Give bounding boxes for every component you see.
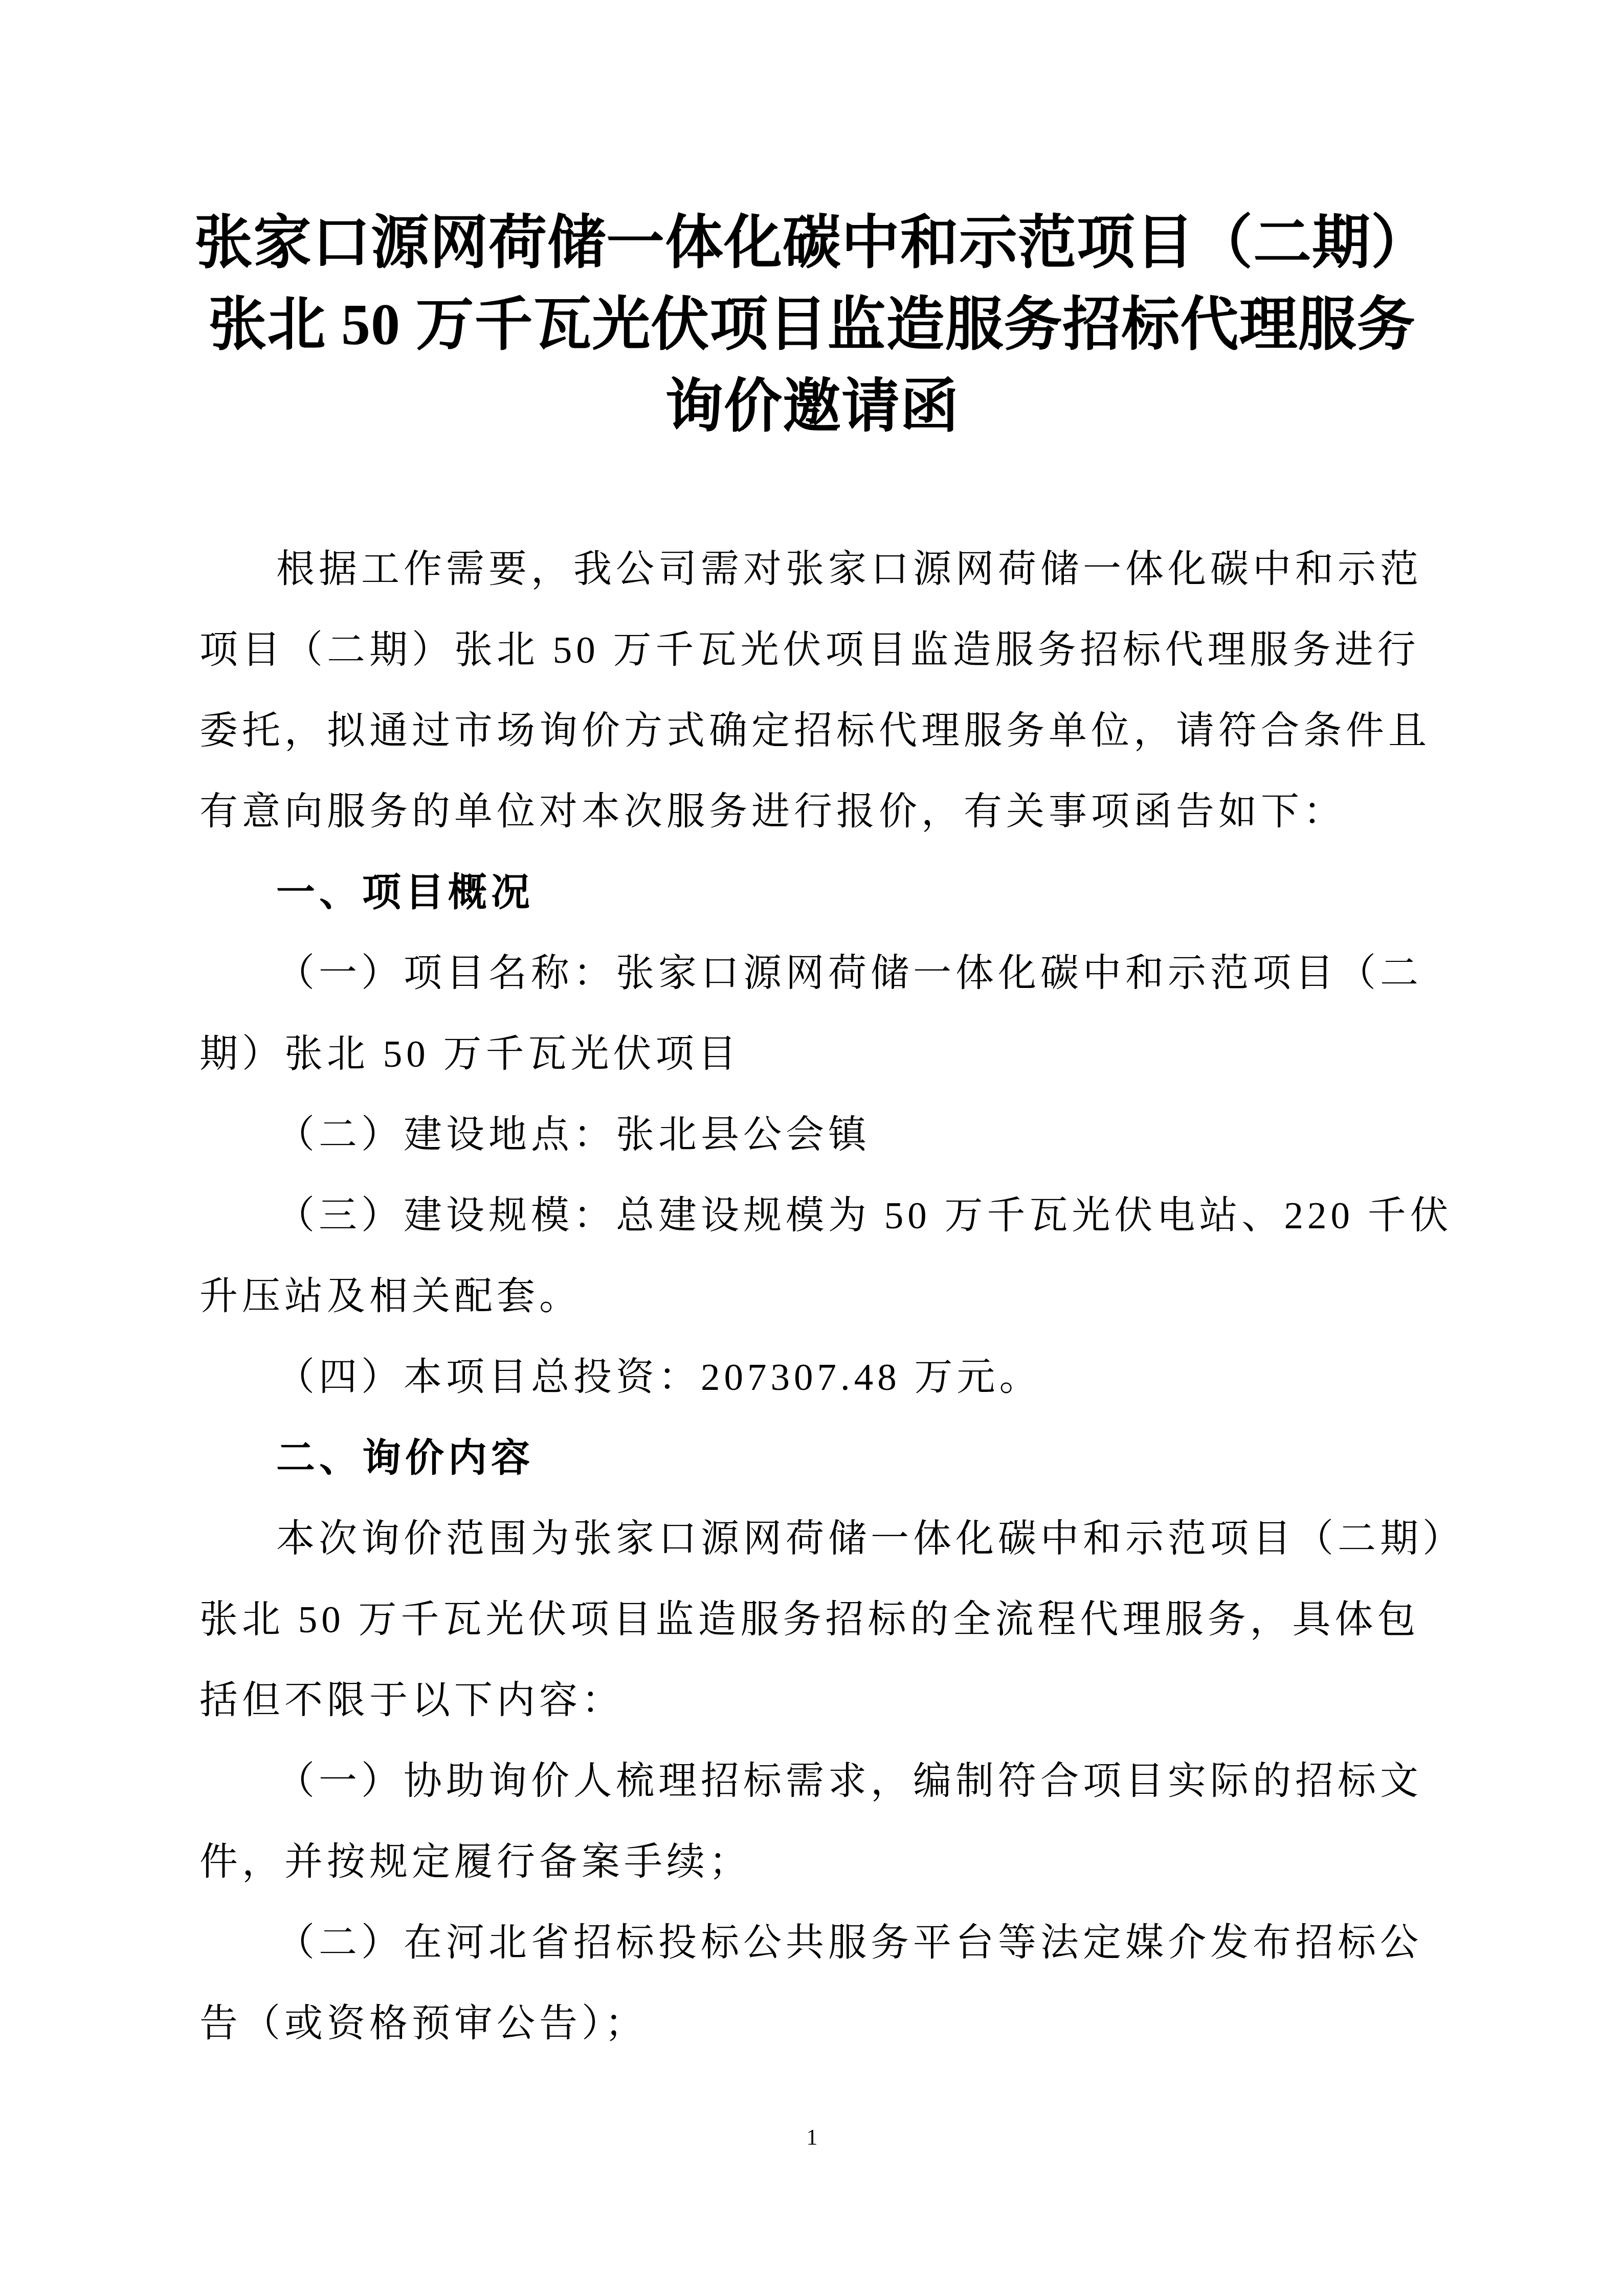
body-line: 升压站及相关配套。 bbox=[199, 1256, 1425, 1337]
body-line: 告（或资格预审公告）； bbox=[199, 1984, 1425, 2064]
body-line: 根据工作需要，我公司需对张家口源网荷储一体化碳中和示范 bbox=[199, 529, 1425, 610]
body-line: 项目（二期）张北 50 万千瓦光伏项目监造服务招标代理服务进行 bbox=[199, 610, 1425, 691]
document-title-line: 询价邀请函 bbox=[194, 366, 1430, 447]
body-line: （一）项目名称：张家口源网荷储一体化碳中和示范项目（二 bbox=[199, 933, 1425, 1014]
body-line: 件，并按规定履行备案手续； bbox=[199, 1822, 1425, 1903]
body-line: 有意向服务的单位对本次服务进行报价，有关事项函告如下： bbox=[199, 772, 1425, 852]
document-title-line: 张家口源网荷储一体化碳中和示范项目（二期） bbox=[194, 202, 1430, 284]
page-number: 1 bbox=[0, 2122, 1624, 2153]
document-page: 张家口源网荷储一体化碳中和示范项目（二期） 张北 50 万千瓦光伏项目监造服务招… bbox=[0, 0, 1624, 2296]
body-line: 张北 50 万千瓦光伏项目监造服务招标的全流程代理服务，具体包 bbox=[199, 1580, 1425, 1660]
body-line: 期）张北 50 万千瓦光伏项目 bbox=[199, 1014, 1425, 1095]
body-line: 本次询价范围为张家口源网荷储一体化碳中和示范项目（二期） bbox=[199, 1499, 1425, 1580]
document-body: 根据工作需要，我公司需对张家口源网荷储一体化碳中和示范 项目（二期）张北 50 … bbox=[199, 529, 1425, 2064]
body-line: （二）在河北省招标投标公共服务平台等法定媒介发布招标公 bbox=[199, 1903, 1425, 1984]
body-line: （二）建设地点：张北县公会镇 bbox=[199, 1095, 1425, 1176]
section-heading-1: 一、项目概况 bbox=[199, 852, 1425, 933]
body-line: 委托，拟通过市场询价方式确定招标代理服务单位，请符合条件且 bbox=[199, 691, 1425, 772]
document-title-line: 张北 50 万千瓦光伏项目监造服务招标代理服务 bbox=[194, 284, 1430, 366]
body-line: （三）建设规模：总建设规模为 50 万千瓦光伏电站、220 千伏 bbox=[199, 1176, 1425, 1256]
body-line: （四）本项目总投资：207307.48 万元。 bbox=[199, 1337, 1425, 1418]
body-line: （一）协助询价人梳理招标需求，编制符合项目实际的招标文 bbox=[199, 1741, 1425, 1822]
body-line: 括但不限于以下内容： bbox=[199, 1660, 1425, 1741]
document-title: 张家口源网荷储一体化碳中和示范项目（二期） 张北 50 万千瓦光伏项目监造服务招… bbox=[194, 202, 1430, 447]
section-heading-2: 二、询价内容 bbox=[199, 1418, 1425, 1499]
